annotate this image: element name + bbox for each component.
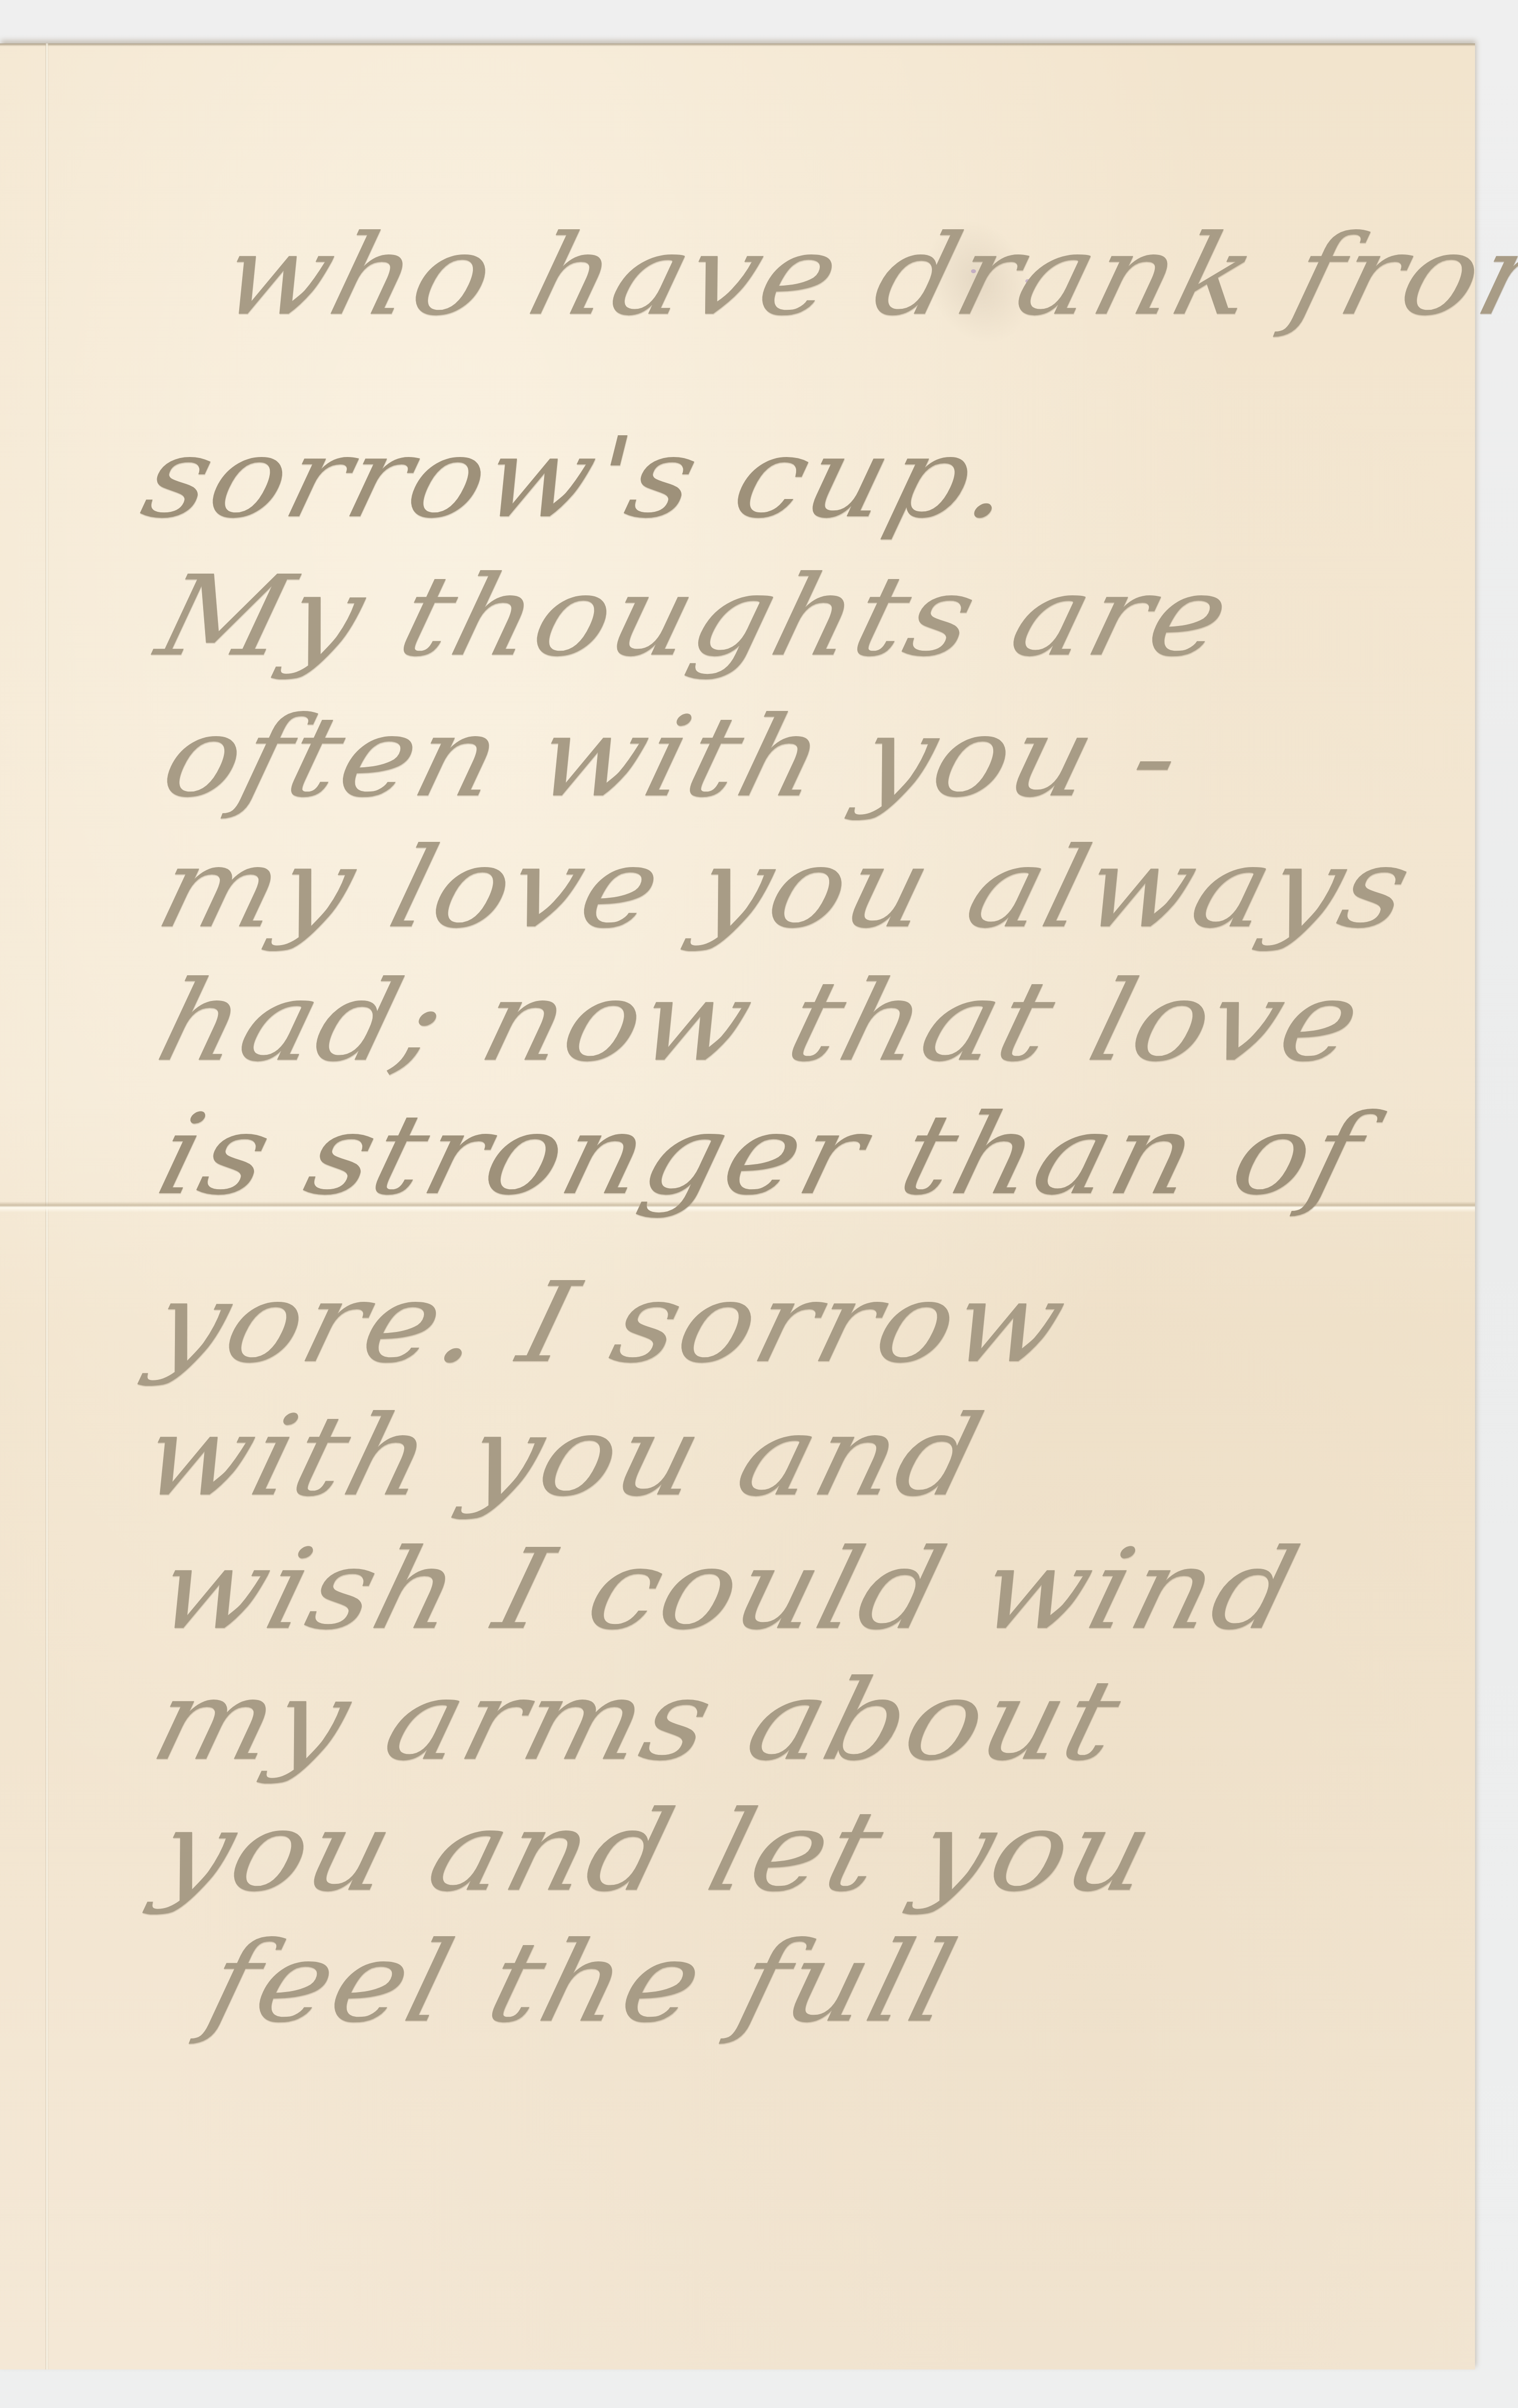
handwritten-line-7: is stronger than of bbox=[148, 1099, 1374, 1210]
handwritten-line-12: you and let you bbox=[148, 1796, 1165, 1907]
handwritten-line-1: who have drank from bbox=[212, 220, 1518, 331]
handwritten-line-9: with you and bbox=[133, 1401, 994, 1512]
handwritten-line-2: sorrow's cup. bbox=[133, 422, 1026, 534]
handwritten-line-10: wish I could wind bbox=[148, 1534, 1310, 1645]
handwritten-line-6: had; now that love bbox=[148, 966, 1372, 1077]
handwritten-line-8: yore. I sorrow bbox=[143, 1267, 1078, 1378]
handwritten-line-11: my arms about bbox=[143, 1665, 1132, 1776]
handwritten-line-4: often with you - bbox=[153, 702, 1193, 813]
handwritten-line-5: my love you always bbox=[148, 832, 1423, 944]
handwritten-line-13: feel the full bbox=[198, 1927, 968, 2038]
handwritten-line-3: My thoughts are bbox=[148, 561, 1241, 672]
